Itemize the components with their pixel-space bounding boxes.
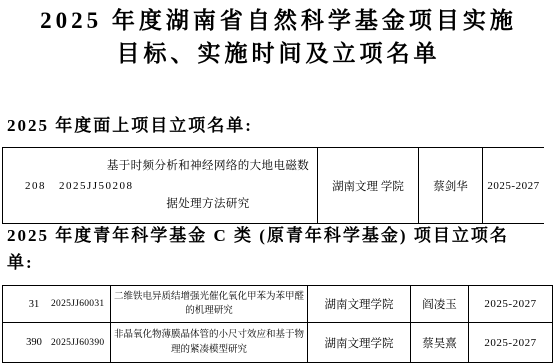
project-institution: 湖南文理学院 [308,323,411,362]
project-seq: 208 [25,180,46,192]
project-pi: 阎凌玉 [411,286,469,322]
heading-line: 2025 年度面上项目立项名单: [7,112,253,139]
doc-title: 2025 年度湖南省自然科学基金项目实施 目标、实施时间及立项名单 [0,4,557,70]
project-pi: 蔡剑华 [419,148,483,223]
project-code: 2025JJ60390 [51,338,104,348]
youth-fund-c-table: 31 2025JJ60031 二维铁电异质结增强光催化氧化甲苯为苯甲醛的机理研究… [2,285,553,363]
section-heading-general-program: 2025 年度面上项目立项名单: [7,112,253,139]
project-title: 非晶氧化物薄膜晶体管的小尺寸效应和基于物理的紧凑模型研究 [111,323,308,362]
project-seq: 31 [21,299,47,310]
heading-line: 2025 年度青年科学基金 C 类 (原青年科学基金) 项目立项名 [7,222,509,249]
table-row: 31 2025JJ60031 二维铁电异质结增强光催化氧化甲苯为苯甲醛的机理研究… [3,286,552,322]
doc-title-line1: 2025 年度湖南省自然科学基金项目实施 [0,4,557,37]
table-row: 390 2025JJ60390 非晶氧化物薄膜晶体管的小尺寸效应和基于物理的紧凑… [3,322,552,362]
project-title: 基于时频分析和神经网络的大地电磁数据处理方法研究 [105,148,311,223]
general-program-table: 208 2025JJ50208 基于时频分析和神经网络的大地电磁数据处理方法研究… [2,147,544,224]
section-heading-youth-fund-c: 2025 年度青年科学基金 C 类 (原青年科学基金) 项目立项名 单: [7,222,509,276]
document-page: 2025 年度湖南省自然科学基金项目实施 目标、实施时间及立项名单 2025 年… [0,0,557,363]
doc-title-line2: 目标、实施时间及立项名单 [0,37,557,70]
seq-code-cell: 390 2025JJ60390 [3,323,111,362]
project-title: 二维铁电异质结增强光催化氧化甲苯为苯甲醛的机理研究 [111,286,308,322]
project-seq: 390 [21,337,47,348]
project-code: 2025JJ60031 [51,299,104,309]
heading-line: 单: [7,249,509,276]
seq-code-title-cell: 208 2025JJ50208 基于时频分析和神经网络的大地电磁数据处理方法研究 [3,148,318,223]
project-institution: 湖南文理 学院 [318,148,419,223]
project-pi: 蔡昊熹 [411,323,469,362]
project-period: 2025-2027 [469,286,552,322]
project-institution: 湖南文理学院 [308,286,411,322]
table-row: 208 2025JJ50208 基于时频分析和神经网络的大地电磁数据处理方法研究… [3,148,544,223]
seq-code-cell: 31 2025JJ60031 [3,286,111,322]
project-period: 2025-2027 [469,323,552,362]
project-period: 2025-2027 [483,148,544,223]
